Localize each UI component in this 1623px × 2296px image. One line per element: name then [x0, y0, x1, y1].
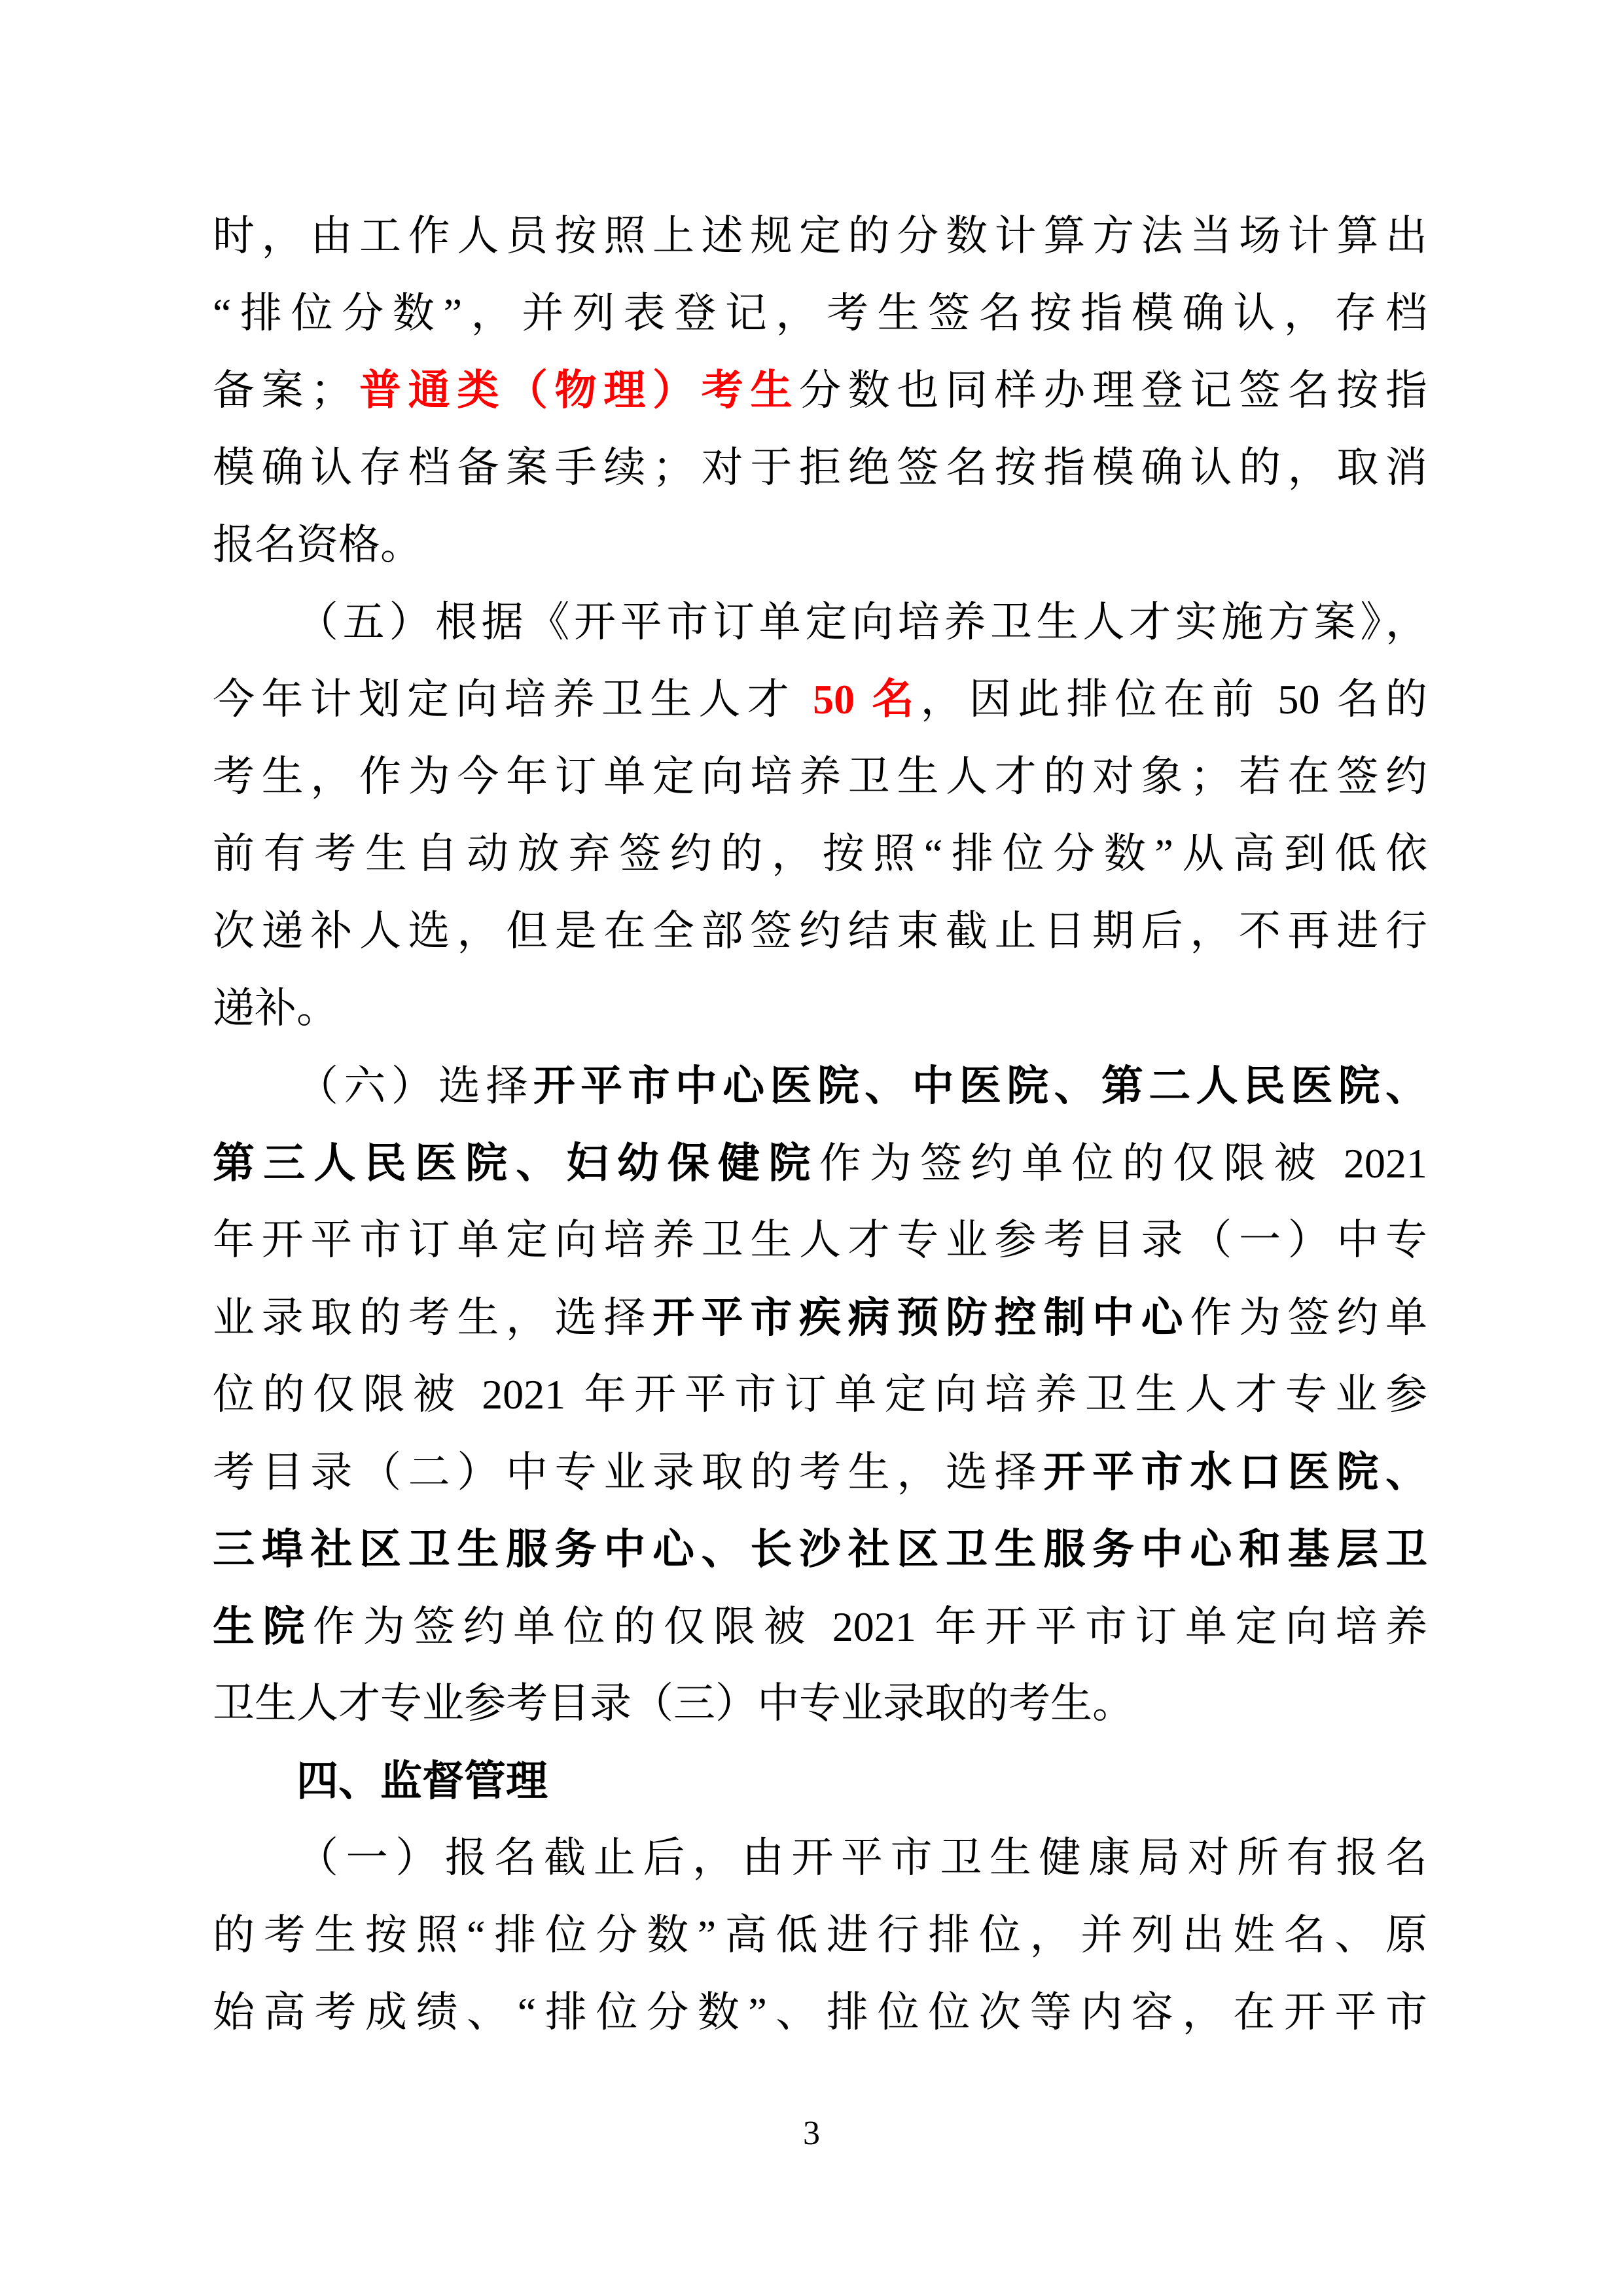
bold-text: 第三人民医院、妇幼保健院 — [213, 1139, 819, 1187]
text-line: 三埠社区卫生服务中心、长沙社区卫生服务中心和基层卫 — [213, 1511, 1427, 1588]
text-line: 位的仅限被 2021 年开平市订单定向培养卫生人才专业参 — [213, 1356, 1427, 1433]
body-text: 业录取的考生，选择 — [213, 1295, 652, 1341]
text-line: 次递补人选，但是在全部签约结束截止日期后，不再进行 — [213, 893, 1427, 970]
text-line: 报名资格。 — [213, 507, 1427, 584]
document-body: 时，由工作人员按照上述规定的分数计算方法当场计算出“排位分数”，并列表登记，考生… — [213, 198, 1427, 2051]
body-text: 前有考生自动放弃签约的，按照“排位分数”从高到低依 — [213, 831, 1427, 877]
bold-text: 生院 — [213, 1603, 313, 1650]
body-text: ，因此排位在前 50 名的 — [921, 676, 1427, 723]
text-line: 第三人民医院、妇幼保健院作为签约单位的仅限被 2021 — [213, 1124, 1427, 1202]
body-text: 备案； — [213, 367, 352, 414]
body-text: 递补。 — [213, 985, 338, 1031]
body-text: 年开平市订单定向培养卫生人才专业参考目录（一）中专 — [213, 1217, 1427, 1263]
body-text: （六）选择 — [296, 1063, 533, 1109]
section-heading-text: 四、监督管理 — [296, 1757, 548, 1804]
body-text: （五）根据《开平市订单定向培养卫生人才实施方案》， — [296, 599, 1427, 645]
body-text: 作为签约单位的仅限被 2021 年开平市订单定向培养 — [313, 1604, 1427, 1650]
bold-text: 开平市疾病预防控制中心 — [652, 1294, 1190, 1341]
text-line: 始高考成绩、“排位分数”、排位位次等内容，在开平市 — [213, 1974, 1427, 2051]
body-text: 次递补人选，但是在全部签约结束截止日期后，不再进行 — [213, 908, 1427, 954]
page-number: 3 — [0, 2111, 1623, 2157]
body-text: 位的仅限被 2021 年开平市订单定向培养卫生人才专业参 — [213, 1371, 1427, 1418]
bold-text: 开平市水口医院、 — [1043, 1448, 1427, 1496]
bold-text: 三埠社区卫生服务中心、长沙社区卫生服务中心和基层卫 — [213, 1526, 1427, 1573]
text-line: 卫生人才专业参考目录（三）中专业录取的考生。 — [213, 1665, 1427, 1742]
text-line: 时，由工作人员按照上述规定的分数计算方法当场计算出 — [213, 198, 1427, 275]
text-line: 递补。 — [213, 970, 1427, 1047]
body-text: 的考生按照“排位分数”高低进行排位，并列出姓名、原 — [213, 1912, 1427, 1958]
text-line: 的考生按照“排位分数”高低进行排位，并列出姓名、原 — [213, 1897, 1427, 1974]
text-line: 今年计划定向培养卫生人才 50 名，因此排位在前 50 名的 — [213, 661, 1427, 738]
text-line: （五）根据《开平市订单定向培养卫生人才实施方案》， — [213, 584, 1427, 661]
body-text: 始高考成绩、“排位分数”、排位位次等内容，在开平市 — [213, 1989, 1427, 2036]
text-line: 模确认存档备案手续；对于拒绝签名按指模确认的，取消 — [213, 429, 1427, 507]
body-text: 作为签约单 — [1190, 1295, 1427, 1341]
text-line: 生院作为签约单位的仅限被 2021 年开平市订单定向培养 — [213, 1588, 1427, 1665]
text-line: 四、监督管理 — [213, 1742, 1427, 1820]
body-text: 考目录（二）中专业录取的考生，选择 — [213, 1449, 1043, 1496]
body-text: 作为签约单位的仅限被 2021 — [819, 1140, 1427, 1187]
text-line: “排位分数”，并列表登记，考生签名按指模确认，存档 — [213, 275, 1427, 352]
text-line: 考目录（二）中专业录取的考生，选择开平市水口医院、 — [213, 1433, 1427, 1511]
body-text: 卫生人才专业参考目录（三）中专业录取的考生。 — [213, 1680, 1134, 1727]
body-text: 今年计划定向培养卫生人才 — [213, 676, 813, 723]
body-text: 报名资格。 — [213, 522, 422, 568]
red-highlight-text: 50 名 — [813, 676, 920, 723]
document-page: 时，由工作人员按照上述规定的分数计算方法当场计算出“排位分数”，并列表登记，考生… — [0, 0, 1623, 2296]
text-line: 备案；普通类（物理）考生分数也同样办理登记签名按指 — [213, 352, 1427, 429]
body-text: 分数也同样办理登记签名按指 — [799, 367, 1427, 414]
text-line: 前有考生自动放弃签约的，按照“排位分数”从高到低依 — [213, 816, 1427, 893]
text-line: （六）选择开平市中心医院、中医院、第二人民医院、 — [213, 1047, 1427, 1124]
body-text: 模确认存档备案手续；对于拒绝签名按指模确认的，取消 — [213, 444, 1427, 491]
body-text: 时，由工作人员按照上述规定的分数计算方法当场计算出 — [213, 213, 1427, 259]
text-line: （一）报名截止后，由开平市卫生健康局对所有报名 — [213, 1820, 1427, 1897]
text-line: 业录取的考生，选择开平市疾病预防控制中心作为签约单 — [213, 1279, 1427, 1356]
body-text: （一）报名截止后，由开平市卫生健康局对所有报名 — [296, 1835, 1427, 1881]
body-text: “排位分数”，并列表登记，考生签名按指模确认，存档 — [213, 290, 1427, 336]
text-line: 考生，作为今年订单定向培养卫生人才的对象；若在签约 — [213, 738, 1427, 816]
red-highlight-text: 普通类（物理）考生 — [352, 367, 799, 414]
bold-text: 开平市中心医院、中医院、第二人民医院、 — [533, 1062, 1427, 1109]
text-line: 年开平市订单定向培养卫生人才专业参考目录（一）中专 — [213, 1202, 1427, 1279]
body-text: 考生，作为今年订单定向培养卫生人才的对象；若在签约 — [213, 753, 1427, 800]
